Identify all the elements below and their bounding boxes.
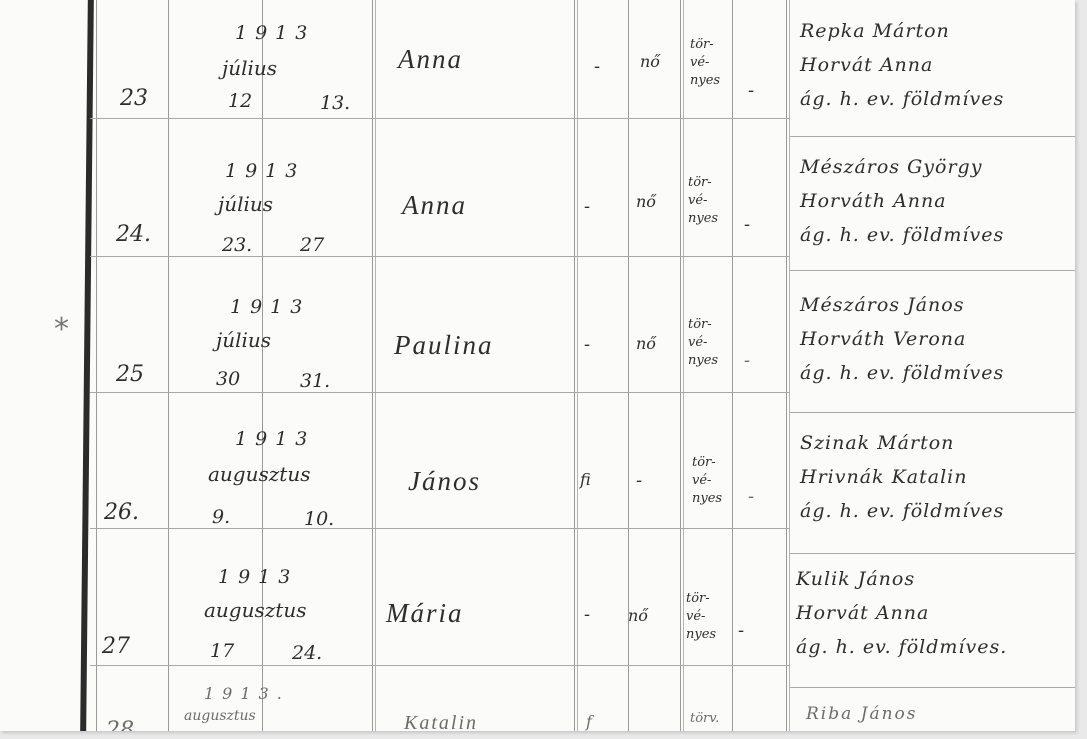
row-rule [90, 118, 790, 119]
entry-month: augusztus [204, 598, 306, 622]
baptism-day: 24. [292, 642, 322, 664]
asterisk-margin-mark: * [54, 312, 69, 347]
parents: Szinak Márton Hrivnák Katalin ág. h. ev.… [800, 426, 1004, 528]
column-d-value: - [744, 214, 750, 235]
margin-rule [80, 0, 94, 731]
entry-year: 1913. [204, 684, 290, 703]
entry-year: 1913 [225, 160, 305, 182]
column-a-value: - [594, 56, 600, 77]
entry-year: 1913 [235, 428, 315, 450]
entry-number: 24. [116, 222, 151, 247]
birth-day: 9. [212, 506, 230, 528]
column-d-value: - [738, 620, 744, 641]
entry-month: augusztus [208, 462, 310, 486]
column-a-value: - [584, 196, 590, 217]
column-rule [732, 0, 733, 731]
column-d-value: - [748, 80, 754, 101]
entry-number: 23 [120, 86, 148, 111]
baptism-day: 27 [300, 234, 324, 256]
birth-day: 23. [222, 234, 252, 256]
baptism-day: 31. [300, 370, 330, 392]
row-rule [790, 136, 1075, 137]
baptism-day: 10. [304, 508, 334, 530]
sex: - [636, 470, 642, 491]
baptism-day: 13. [320, 92, 350, 114]
column-a-value: fi [580, 470, 591, 489]
entry-month: július [216, 328, 271, 352]
row-rule [790, 412, 1075, 413]
column-rule [786, 0, 787, 731]
sex: nő [628, 606, 648, 625]
entry-number: 26. [104, 500, 139, 525]
column-d-value: - [748, 486, 754, 507]
legitimacy: tör- vé- nyes [692, 454, 722, 508]
column-a-value: - [584, 604, 590, 625]
register-page: * 23 1913 július 12 13. Anna - nő tör- v… [0, 0, 1075, 731]
sex: nő [640, 52, 660, 71]
legitimacy: tör- vé- nyes [690, 36, 720, 90]
child-name: János [408, 466, 481, 497]
column-rule [574, 0, 575, 731]
row-rule [90, 256, 790, 257]
sex: nő [636, 334, 656, 353]
column-rule [680, 0, 681, 731]
birth-day: 12 [228, 90, 252, 112]
child-name: Anna [402, 190, 467, 221]
entry-number: 25 [116, 362, 144, 387]
column-a-value: f [586, 712, 592, 731]
row-rule [790, 687, 1075, 688]
column-a-value: - [584, 334, 590, 355]
entry-number: 28 [106, 718, 134, 731]
parents: Kulik János Horvát Anna ág. h. ev. földm… [796, 562, 1007, 664]
birth-day: 17 [210, 640, 234, 662]
entry-month: augusztus [184, 708, 256, 724]
child-name: Katalin [404, 712, 478, 731]
column-d-value: - [744, 350, 750, 371]
entry-year: 1913 [230, 296, 310, 318]
child-name: Mária [386, 598, 464, 629]
child-name: Paulina [394, 330, 494, 361]
entry-number: 27 [102, 634, 130, 659]
parents: Riba János [806, 704, 918, 724]
legitimacy: tör- vé- nyes [688, 316, 718, 370]
child-name: Anna [398, 44, 463, 75]
row-rule [90, 665, 790, 666]
parents: Repka Márton Horvát Anna ág. h. ev. föld… [800, 14, 1004, 116]
legitimacy: tör- vé- nyes [688, 174, 718, 228]
entry-month: július [222, 56, 277, 80]
legitimacy: törv. [690, 710, 719, 728]
entry-month: július [218, 192, 273, 216]
birth-day: 30 [216, 368, 240, 390]
column-rule [168, 0, 169, 731]
column-rule [372, 0, 373, 731]
row-rule [790, 553, 1075, 554]
row-rule [90, 392, 790, 393]
sex: nő [636, 192, 656, 211]
parents: Mészáros György Horváth Anna ág. h. ev. … [800, 150, 1004, 252]
entry-year: 1913 [218, 566, 298, 588]
row-rule [790, 270, 1075, 271]
parents: Mészáros János Horváth Verona ág. h. ev.… [800, 288, 1004, 390]
row-rule [90, 528, 790, 529]
entry-year: 1913 [235, 22, 315, 44]
legitimacy: tör- vé- nyes [686, 590, 716, 644]
column-rule [96, 0, 97, 731]
